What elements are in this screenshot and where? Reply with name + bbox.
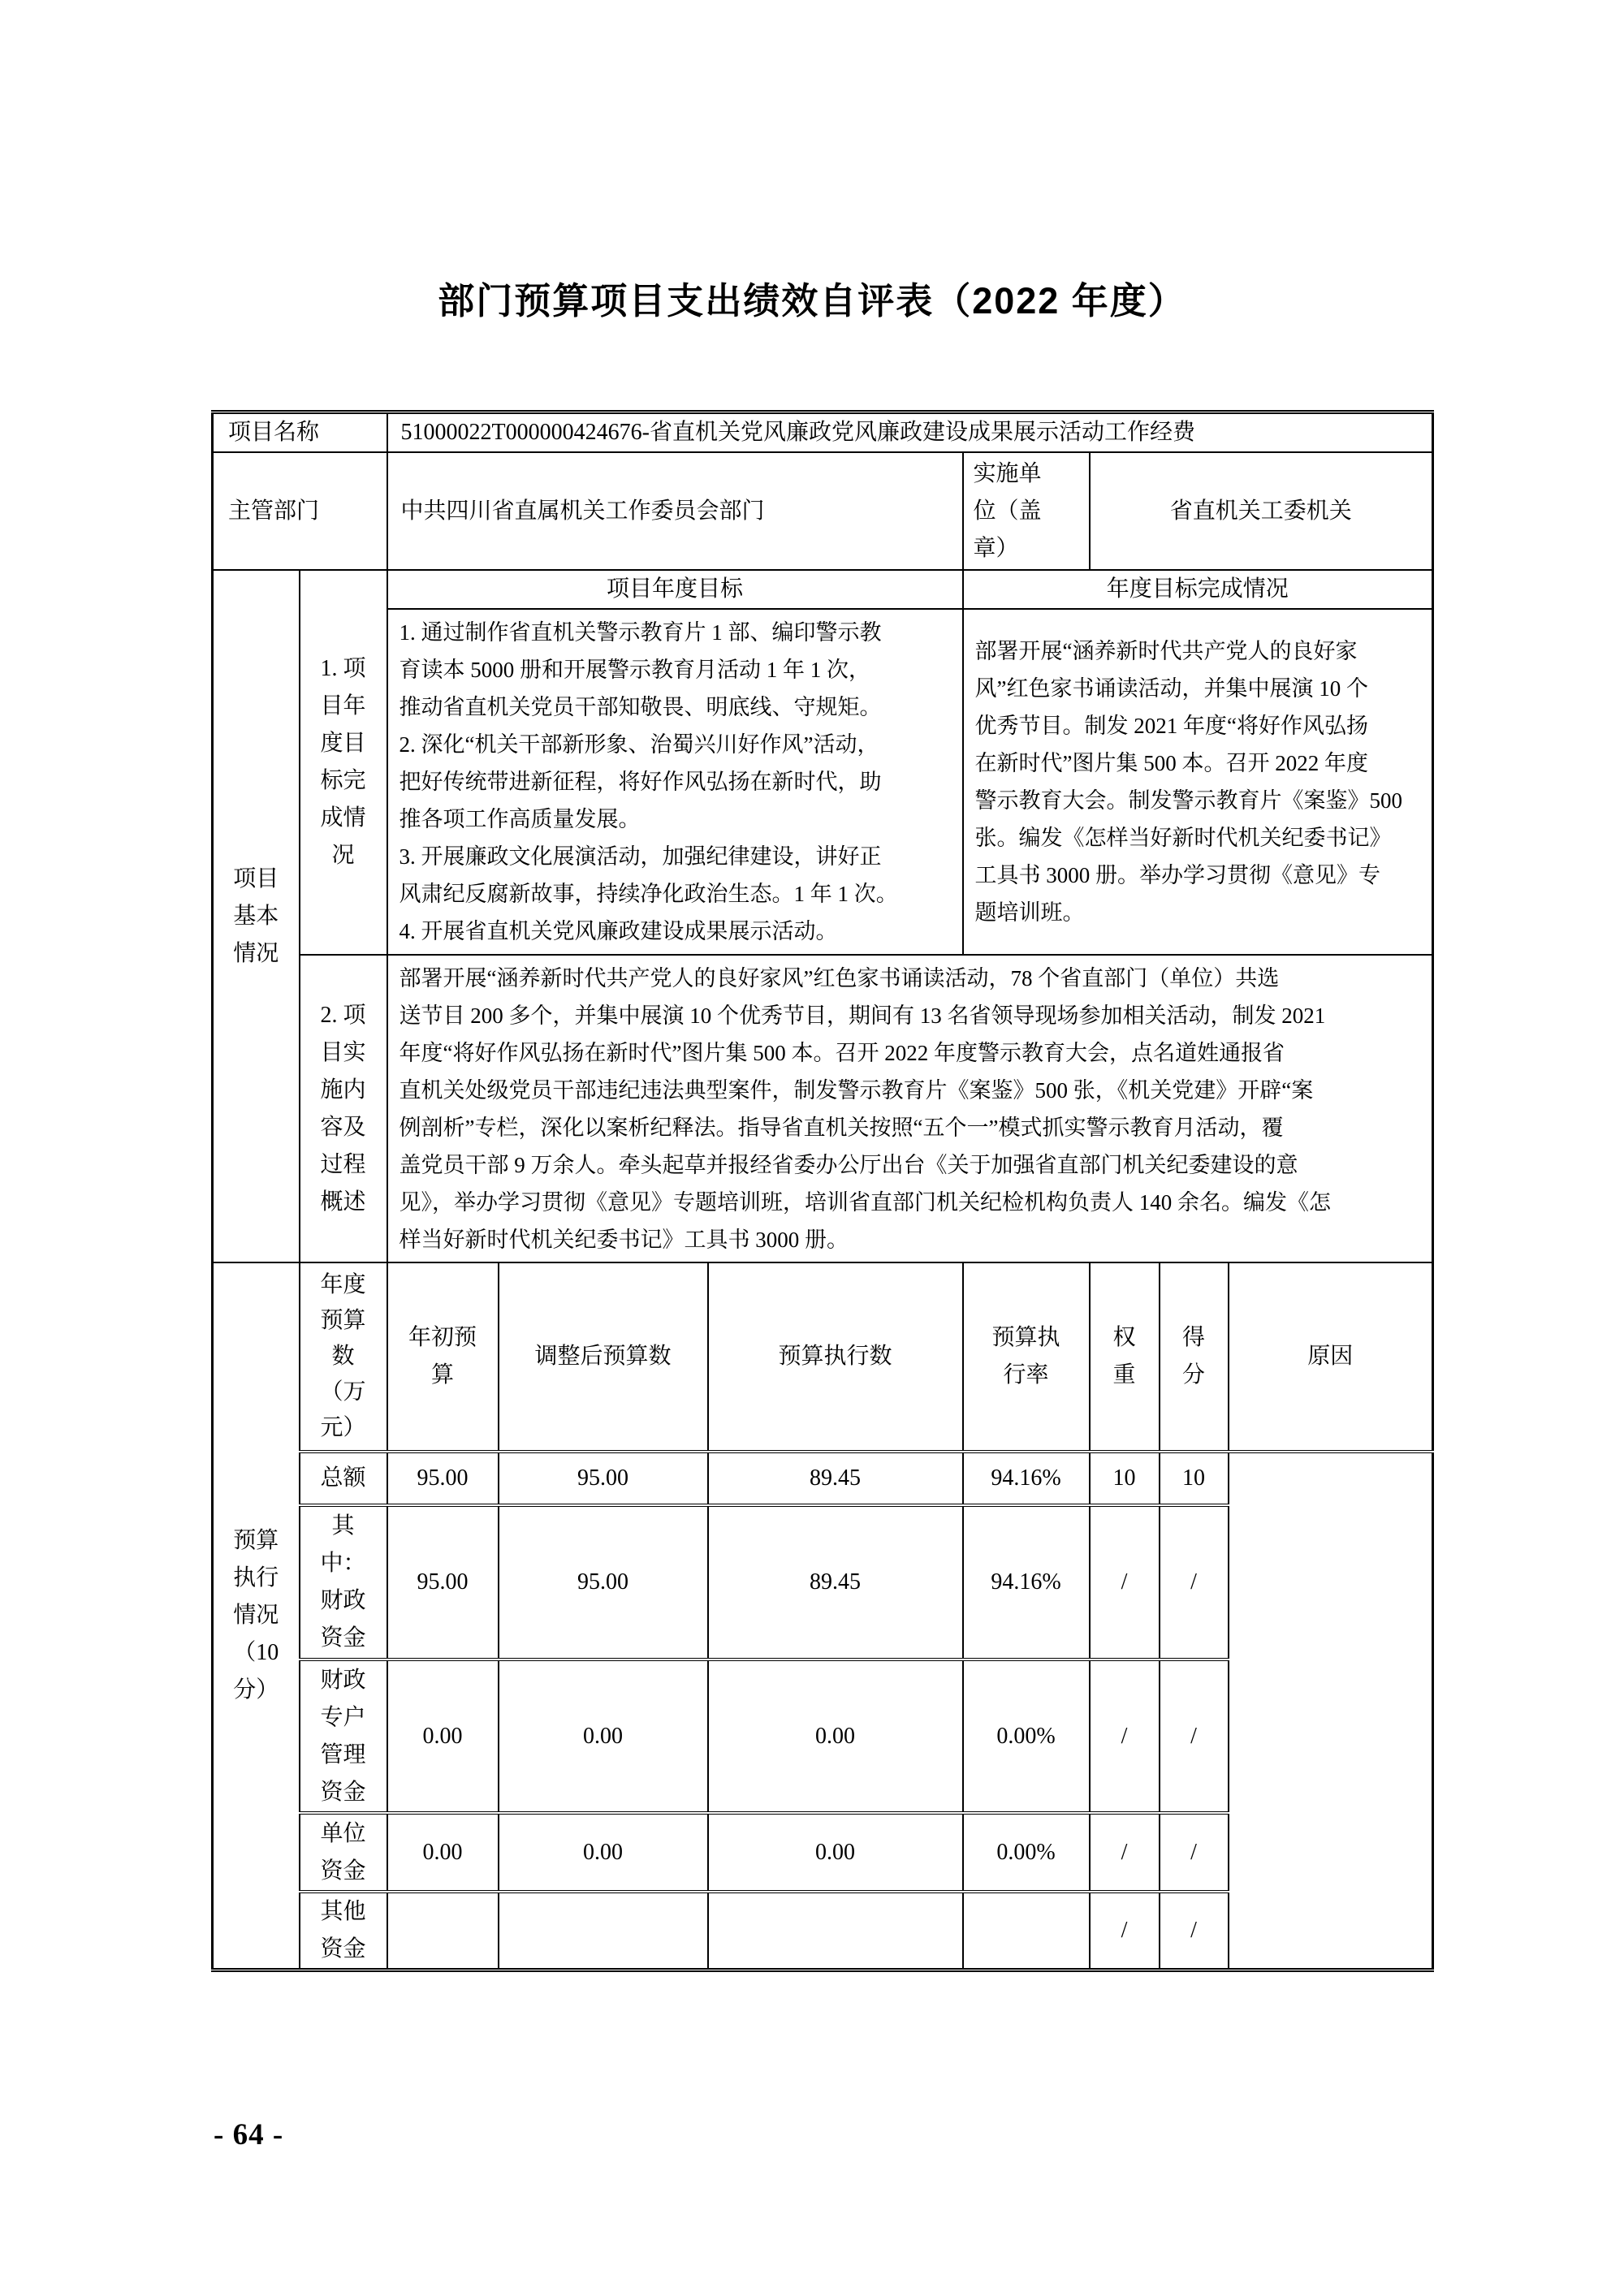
budget-cell-weight: /: [1090, 1813, 1160, 1892]
table-row: 主管部门 中共四川省直属机关工作委员会部门 实施单 位（盖 章） 省直机关工委机…: [213, 452, 1433, 570]
basic-info-side-label: 项目 基本 情况: [213, 570, 300, 1262]
budget-cell-adjusted: 0.00: [499, 1659, 708, 1813]
self-evaluation-table: 项目名称 51000022T000000424676-省直机关党风廉政党风廉政建…: [211, 410, 1434, 1972]
budget-cell-initial: 95.00: [387, 1505, 499, 1659]
table-row: 2. 项 目实 施内 容及 过程 概述 部署开展“涵养新时代共产党人的良好家风”…: [213, 955, 1433, 1262]
budget-cell-rate: 94.16%: [963, 1452, 1090, 1505]
department-label: 主管部门: [213, 452, 387, 570]
goal-completion-side-label: 1. 项 目年 度目 标完 成情 况: [300, 570, 387, 955]
budget-header-score: 得 分: [1160, 1262, 1229, 1452]
budget-cell-adjusted: 95.00: [499, 1505, 708, 1659]
budget-cell-score: /: [1160, 1813, 1229, 1892]
table-row: 1. 通过制作省直机关警示教育片 1 部、编印警示教 育读本 5000 册和开展…: [213, 609, 1433, 955]
budget-row-label: 总额: [300, 1452, 387, 1505]
reason-empty-cell: [1229, 1452, 1433, 1970]
budget-cell-adjusted: 0.00: [499, 1813, 708, 1892]
budget-row-label: 其他 资金: [300, 1892, 387, 1970]
table-row: 总额 95.00 95.00 89.45 94.16% 10 10: [213, 1452, 1433, 1505]
document-page: { "page": { "title": "部门预算项目支出绩效自评表（2022…: [0, 0, 1624, 2296]
budget-side-label: 预算 执行 情况 （10 分）: [213, 1262, 300, 1970]
budget-cell-executed: 89.45: [708, 1505, 963, 1659]
impl-unit-value: 省直机关工委机关: [1090, 452, 1433, 570]
process-side-label: 2. 项 目实 施内 容及 过程 概述: [300, 955, 387, 1262]
goal-completion-text-cell: 部署开展“涵养新时代共产党人的良好家 风”红色家书诵读活动，并集中展演 10 个…: [963, 609, 1433, 955]
table-row: 预算 执行 情况 （10 分） 年度 预算 数 （万 元） 年初预 算 调整后预…: [213, 1262, 1433, 1452]
budget-cell-executed: 0.00: [708, 1659, 963, 1813]
budget-cell-initial: 0.00: [387, 1813, 499, 1892]
budget-cell-score: /: [1160, 1892, 1229, 1970]
budget-cell-adjusted: 95.00: [499, 1452, 708, 1505]
process-text-cell: 部署开展“涵养新时代共产党人的良好家风”红色家书诵读活动，78 个省直部门（单位…: [387, 955, 1433, 1262]
budget-cell-initial: 95.00: [387, 1452, 499, 1505]
budget-header-annual: 年度 预算 数 （万 元）: [300, 1262, 387, 1452]
budget-cell-score: 10: [1160, 1452, 1229, 1505]
budget-row-label: 财政 专户 管理 资金: [300, 1659, 387, 1813]
budget-cell-weight: 10: [1090, 1452, 1160, 1505]
budget-header-rate: 预算执 行率: [963, 1262, 1090, 1452]
table-row: 项目 基本 情况 1. 项 目年 度目 标完 成情 况 项目年度目标 年度目标完…: [213, 570, 1433, 609]
budget-cell-executed: 89.45: [708, 1452, 963, 1505]
page-number: - 64 -: [214, 2117, 283, 2152]
budget-cell-initial: [387, 1892, 499, 1970]
budget-cell-rate: [963, 1892, 1090, 1970]
annual-goal-header: 项目年度目标: [387, 570, 963, 609]
impl-unit-label: 实施单 位（盖 章）: [963, 452, 1090, 570]
budget-cell-weight: /: [1090, 1505, 1160, 1659]
budget-header-reason: 原因: [1229, 1262, 1433, 1452]
budget-cell-initial: 0.00: [387, 1659, 499, 1813]
page-title: 部门预算项目支出绩效自评表（2022 年度）: [0, 279, 1624, 323]
table-row: 项目名称 51000022T000000424676-省直机关党风廉政党风廉政建…: [213, 412, 1433, 453]
budget-cell-rate: 0.00%: [963, 1813, 1090, 1892]
budget-cell-adjusted: [499, 1892, 708, 1970]
budget-cell-weight: /: [1090, 1659, 1160, 1813]
department-value: 中共四川省直属机关工作委员会部门: [387, 452, 963, 570]
budget-cell-executed: 0.00: [708, 1813, 963, 1892]
project-name-value: 51000022T000000424676-省直机关党风廉政党风廉政建设成果展示…: [387, 412, 1433, 453]
budget-row-label: 单位 资金: [300, 1813, 387, 1892]
budget-cell-rate: 94.16%: [963, 1505, 1090, 1659]
budget-cell-rate: 0.00%: [963, 1659, 1090, 1813]
budget-header-executed: 预算执行数: [708, 1262, 963, 1452]
annual-goal-text-cell: 1. 通过制作省直机关警示教育片 1 部、编印警示教 育读本 5000 册和开展…: [387, 609, 963, 955]
budget-row-label: 其 中： 财政 资金: [300, 1505, 387, 1659]
goal-completion-header: 年度目标完成情况: [963, 570, 1433, 609]
budget-header-adjusted: 调整后预算数: [499, 1262, 708, 1452]
budget-cell-executed: [708, 1892, 963, 1970]
budget-cell-score: /: [1160, 1659, 1229, 1813]
budget-cell-weight: /: [1090, 1892, 1160, 1970]
budget-cell-score: /: [1160, 1505, 1229, 1659]
budget-header-weight: 权 重: [1090, 1262, 1160, 1452]
project-name-label: 项目名称: [213, 412, 387, 453]
budget-header-initial: 年初预 算: [387, 1262, 499, 1452]
